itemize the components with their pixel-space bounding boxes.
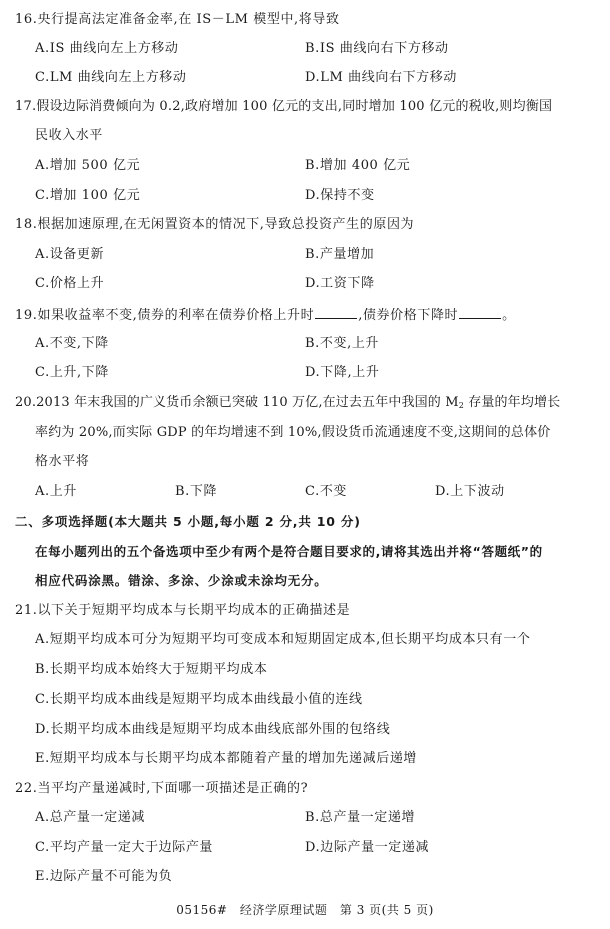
question-20-stem-line1-a: 20.2013 年末我国的广义货币余额已突破 110 万亿,在过去五年中我国的 … [15, 395, 459, 410]
section-2-instructions-line1: 在每小题列出的五个备选项中至少有两个是符合题目要求的,请将其选出并将“答题纸”的 [35, 544, 543, 560]
question-17-stem-line1: 17.假设边际消费倾向为 0.2,政府增加 100 亿元的支出,同时增加 100… [15, 99, 552, 115]
question-18-option-d: D.工资下降 [305, 276, 375, 292]
question-17-option-c: C.增加 100 亿元 [35, 188, 140, 204]
question-21-option-d: D.长期平均成本曲线是短期平均成本曲线底部外围的包络线 [35, 722, 390, 738]
question-22-stem: 22.当平均产量递减时,下面哪一项描述是正确的? [15, 781, 308, 797]
question-21-option-c: C.长期平均成本曲线是短期平均成本曲线最小值的连线 [35, 692, 363, 708]
question-16-option-d: D.LM 曲线向右下方移动 [305, 70, 457, 86]
question-20-option-c: C.不变 [305, 484, 347, 500]
question-22-option-a: A.总产量一定递减 [35, 810, 145, 826]
question-21-stem: 21.以下关于短期平均成本与长期平均成本的正确描述是 [15, 603, 350, 619]
question-18-option-b: B.产量增加 [305, 247, 374, 263]
question-18-option-c: C.价格上升 [35, 276, 104, 292]
question-21-option-b: B.长期平均成本始终大于短期平均成本 [35, 662, 268, 678]
question-19-option-d: D.下降,上升 [305, 365, 379, 381]
answer-blank-1 [315, 306, 357, 319]
question-22-option-e: E.边际产量不可能为负 [35, 869, 172, 885]
question-18-stem: 18.根据加速原理,在无闲置资本的情况下,导致总投资产生的原因为 [15, 217, 414, 233]
question-17-option-d: D.保持不变 [305, 188, 375, 204]
question-20-stem-line3: 格水平将 [35, 454, 89, 470]
question-17-option-a: A.增加 500 亿元 [35, 158, 140, 174]
question-17-stem-line2: 民收入水平 [35, 128, 103, 144]
question-19-stem-part2: ,债券价格下降时 [358, 308, 458, 323]
question-16-stem: 16.央行提高法定准备金率,在 IS－LM 模型中,将导致 [15, 12, 340, 28]
question-16-option-b: B.IS 曲线向右下方移动 [305, 41, 449, 57]
question-21-option-a: A.短期平均成本可分为短期平均可变成本和短期固定成本,但长期平均成本只有一个 [35, 632, 530, 648]
question-19-stem: 19.如果收益率不变,债券的利率在债券价格上升时,债券价格下降时。 [15, 306, 516, 324]
question-20-stem-line2: 率约为 20%,而实际 GDP 的年均增速不到 10%,假设货币流通速度不变,这… [35, 425, 550, 441]
section-2-instructions-line2: 相应代码涂黑。错涂、多涂、少涂或未涂均无分。 [35, 573, 328, 589]
question-17-option-b: B.增加 400 亿元 [305, 158, 410, 174]
question-20-option-b: B.下降 [175, 484, 217, 500]
question-20-stem-line1: 20.2013 年末我国的广义货币余额已突破 110 万亿,在过去五年中我国的 … [15, 395, 560, 411]
question-22-option-d: D.边际产量一定递减 [305, 840, 429, 856]
question-20-option-a: A.上升 [35, 484, 77, 500]
question-20-stem-line1-b: 存量的年均增长 [464, 395, 560, 410]
page-footer: 05156# 经济学原理试题 第 3 页(共 5 页) [0, 902, 610, 918]
question-21-option-e: E.短期平均成本与长期平均成本都随着产量的增加先递减后递增 [35, 751, 417, 767]
question-19-option-b: B.不变,上升 [305, 336, 379, 352]
section-2-title: 二、多项选择题(本大题共 5 小题,每小题 2 分,共 10 分) [15, 514, 361, 530]
question-16-option-a: A.IS 曲线向左上方移动 [35, 41, 179, 57]
answer-blank-2 [459, 306, 501, 319]
question-19-option-a: A.不变,下降 [35, 336, 109, 352]
question-22-option-b: B.总产量一定递增 [305, 810, 415, 826]
question-18-option-a: A.设备更新 [35, 247, 104, 263]
question-19-stem-end: 。 [502, 308, 516, 323]
question-16-option-c: C.LM 曲线向左上方移动 [35, 70, 187, 86]
question-19-stem-part1: 19.如果收益率不变,债券的利率在债券价格上升时 [15, 308, 314, 323]
question-22-option-c: C.平均产量一定大于边际产量 [35, 840, 213, 856]
question-19-option-c: C.上升,下降 [35, 365, 109, 381]
question-20-option-d: D.上下波动 [435, 484, 505, 500]
